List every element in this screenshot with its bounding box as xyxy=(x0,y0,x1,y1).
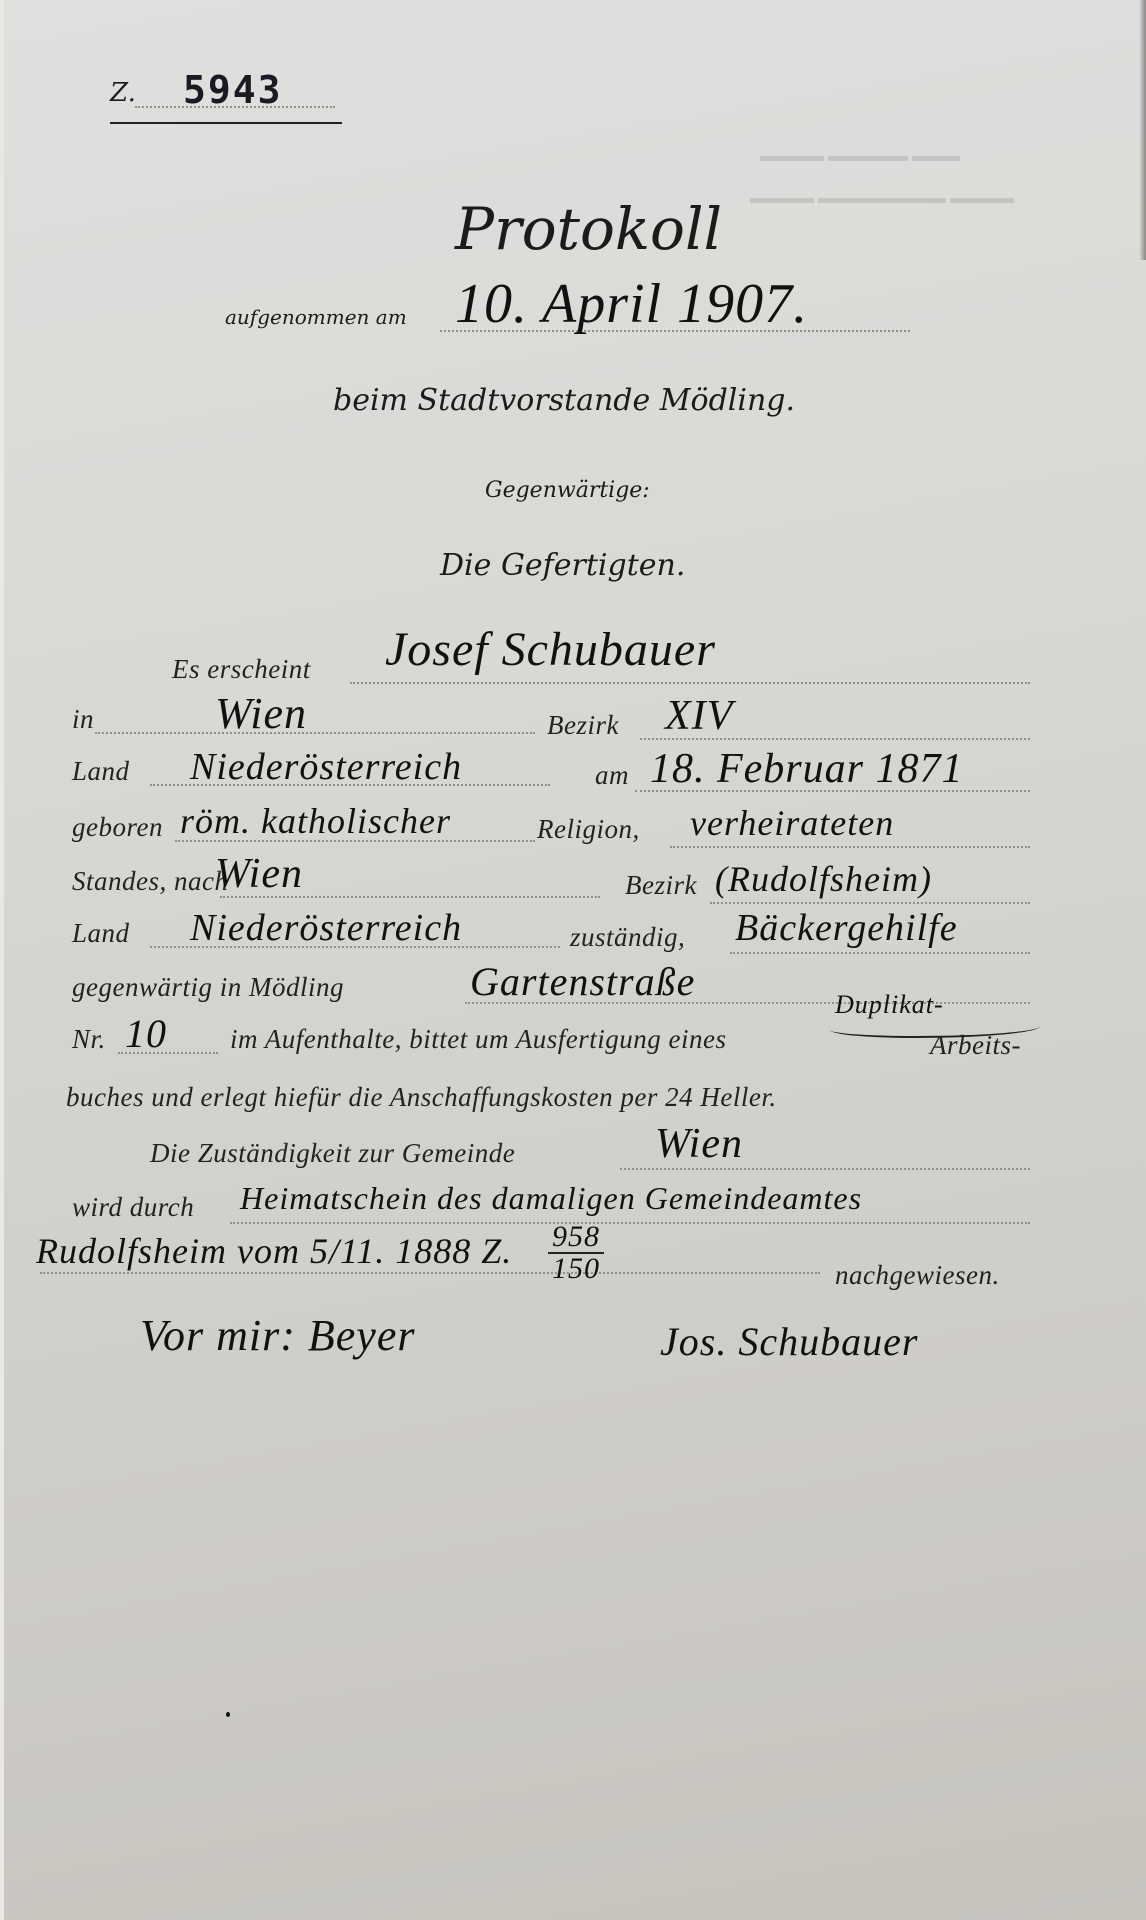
recorded-label: aufgenommen am xyxy=(225,305,407,329)
land-label: Land xyxy=(72,756,130,787)
appears-label: Es erscheint xyxy=(172,654,311,685)
recorded-date: 10. April 1907. xyxy=(455,272,808,336)
religion-label: Religion, xyxy=(537,814,640,845)
competence-label: Die Zuständigkeit zur Gemeinde xyxy=(150,1138,515,1169)
present-value: Die Gefertigten. xyxy=(440,548,685,583)
ref-numerator: 958 xyxy=(548,1222,604,1254)
ink-speck xyxy=(226,1712,230,1717)
birth-date: 18. Februar 1871 xyxy=(650,745,964,793)
number-underline xyxy=(110,122,342,124)
competence-dotted-line xyxy=(620,1168,1030,1170)
proven-by-value: Heimatschein des damaligen Gemeindeamtes xyxy=(240,1180,862,1217)
residence-label: gegenwärtig in Mödling xyxy=(72,972,344,1003)
document-page: ▬▬▬▬ ▬▬▬▬▬ ▬▬▬ ▬▬▬▬ ▬▬▬▬▬▬▬▬ ▬▬▬▬ Z. 594… xyxy=(0,0,1146,1920)
bezirk2-dotted-line xyxy=(710,902,1030,904)
bezirk-label: Bezirk xyxy=(547,710,619,741)
competence-value: Wien xyxy=(655,1120,743,1168)
appears-name: Josef Schubauer xyxy=(385,622,716,677)
official-signature: Vor mir: Beyer xyxy=(140,1310,416,1361)
marital-status: verheirateten xyxy=(690,802,894,844)
nr-label: Nr. xyxy=(72,1024,106,1055)
number-label: Z. xyxy=(110,78,136,108)
land2-label: Land xyxy=(72,918,130,949)
proven-by-label: wird durch xyxy=(72,1192,194,1223)
page-edge-left xyxy=(0,0,4,1920)
in-place: Wien xyxy=(215,688,307,739)
standes-label: Standes, nach xyxy=(72,866,228,897)
book-text-1: Arbeits- xyxy=(930,1030,1021,1061)
religion-value: röm. katholischer xyxy=(180,800,451,842)
proven-label: nachgewiesen. xyxy=(835,1260,1000,1291)
bezirk-value: XIV xyxy=(665,692,733,740)
stay-text: im Aufenthalte, bittet um Ausfertigung e… xyxy=(230,1024,726,1055)
applicant-signature: Jos. Schubauer xyxy=(660,1318,918,1365)
competent-label: zuständig, xyxy=(570,922,685,953)
occupation-dotted-line xyxy=(730,952,1030,954)
page-edge-right xyxy=(1140,0,1146,260)
ref-denominator: 150 xyxy=(548,1254,604,1284)
reference-fraction: 958 150 xyxy=(548,1222,604,1284)
proven-by-dotted-line-2 xyxy=(40,1272,820,1274)
book-text-2: buches und erlegt hiefür die Anschaffung… xyxy=(66,1082,777,1113)
proven-by-value-2: Rudolfsheim vom 5/11. 1888 Z. xyxy=(36,1230,512,1272)
in-dotted-line xyxy=(95,732,535,734)
present-label: Gegenwärtige: xyxy=(485,478,650,503)
born-on-label: am xyxy=(595,760,629,791)
number-value: 5943 xyxy=(183,68,283,112)
page-title: Protokoll xyxy=(455,195,722,263)
nr-value: 10 xyxy=(125,1010,167,1057)
land-value: Niederösterreich xyxy=(190,745,462,789)
proven-by-dotted-line xyxy=(230,1222,1030,1224)
bleed-through-text: ▬▬▬▬ ▬▬▬▬▬▬▬▬ ▬▬▬▬ xyxy=(750,190,1014,208)
bleed-through-text: ▬▬▬▬ ▬▬▬▬▬ ▬▬▬ xyxy=(760,148,960,166)
bezirk2-label: Bezirk xyxy=(625,870,697,901)
insertion-text: Duplikat- xyxy=(835,990,944,1020)
land2-value: Niederösterreich xyxy=(190,906,462,950)
office-line: beim Stadtvorstande Mödling. xyxy=(333,383,795,418)
bezirk2-value: (Rudolfsheim) xyxy=(715,858,932,900)
in-label: in xyxy=(72,704,94,735)
born-label: geboren xyxy=(72,812,163,843)
home-place: Wien xyxy=(215,850,303,898)
occupation: Bäckergehilfe xyxy=(735,906,958,950)
street: Gartenstraße xyxy=(470,958,695,1005)
appears-dotted-line xyxy=(350,682,1030,684)
marital-dotted-line xyxy=(670,846,1030,848)
